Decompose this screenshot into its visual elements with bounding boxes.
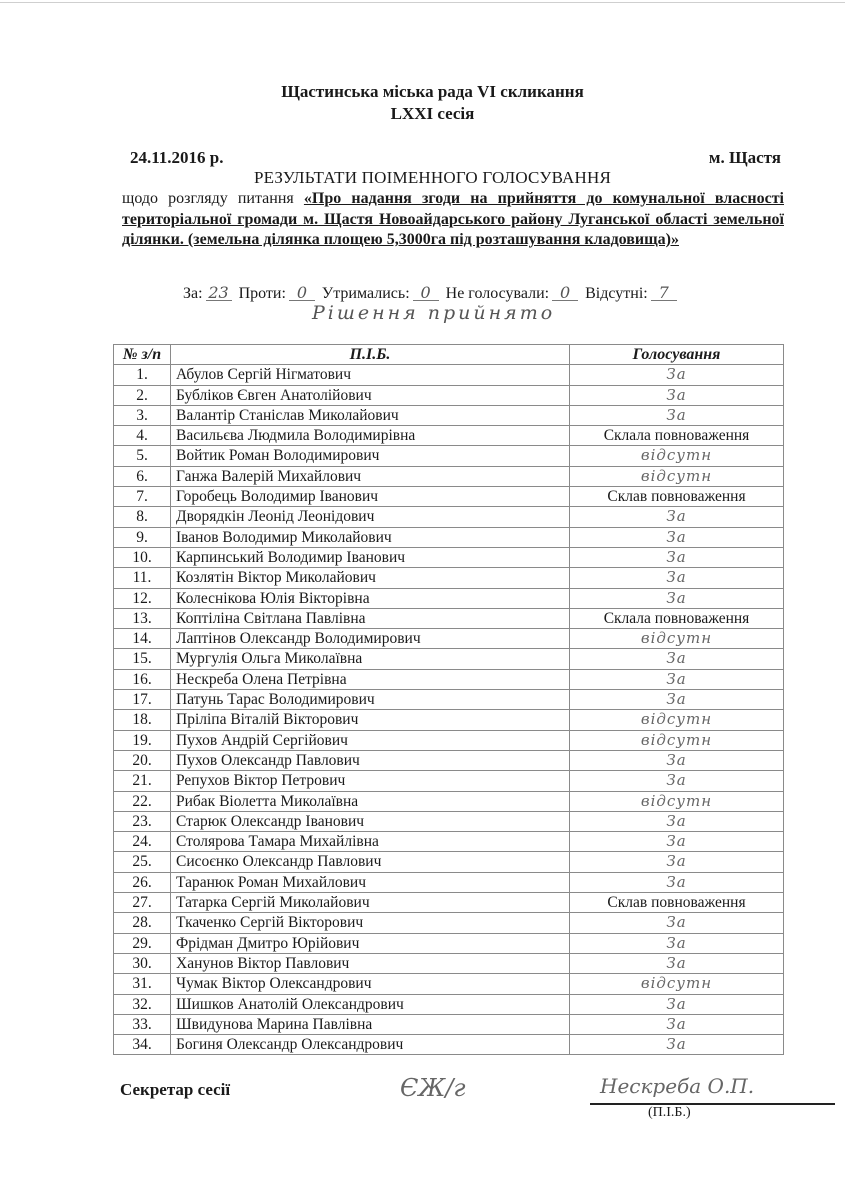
against-label: Проти: (239, 285, 286, 302)
vote-result: За (570, 933, 784, 953)
table-row: 6.Ганжа Валерій Михайловичвідсутн (114, 466, 784, 486)
row-number: 15. (114, 649, 171, 669)
table-row: 9.Іванов Володимир МиколайовичЗа (114, 527, 784, 547)
vote-result: За (570, 852, 784, 872)
vote-result: За (570, 690, 784, 710)
table-row: 13.Коптіліна Світлана ПавлівнаСклала пов… (114, 608, 784, 628)
abstained-count: 0 (413, 285, 439, 301)
vote-result: Склала повноваження (570, 608, 784, 628)
abstained-label: Утримались: (322, 285, 410, 302)
table-row: 4.Васильєва Людмила ВолодимирівнаСклала … (114, 426, 784, 446)
roll-call-table: № з/п П.І.Б. Голосування 1.Абулов Сергій… (113, 344, 784, 1055)
vote-result: За (570, 547, 784, 567)
row-number: 4. (114, 426, 171, 446)
row-number: 5. (114, 446, 171, 466)
table-row: 15.Мургулія Ольга МиколаївнаЗа (114, 649, 784, 669)
deputy-name: Колеснікова Юлія Вікторівна (171, 588, 570, 608)
vote-result: За (570, 568, 784, 588)
deputy-name: Козлятін Віктор Миколайович (171, 568, 570, 588)
deputy-name: Васильєва Людмила Володимирівна (171, 426, 570, 446)
document-date: 24.11.2016 р. (130, 148, 224, 168)
deputy-name: Ганжа Валерій Михайлович (171, 466, 570, 486)
table-row: 32.Шишков Анатолій ОлександровичЗа (114, 994, 784, 1014)
table-row: 16.Нескреба Олена ПетрівнаЗа (114, 669, 784, 689)
deputy-name: Ткаченко Сергій Вікторович (171, 913, 570, 933)
row-number: 6. (114, 466, 171, 486)
deputy-name: Патунь Тарас Володимирович (171, 690, 570, 710)
vote-result: За (570, 872, 784, 892)
table-row: 8.Дворядкін Леонід ЛеонідовичЗа (114, 507, 784, 527)
vote-result: За (570, 811, 784, 831)
deputy-name: Нескреба Олена Петрівна (171, 669, 570, 689)
row-number: 30. (114, 953, 171, 973)
vote-result: За (570, 405, 784, 425)
deputy-name: Мургулія Ольга Миколаївна (171, 649, 570, 669)
vote-result: За (570, 994, 784, 1014)
vote-result: відсутн (570, 974, 784, 994)
header-vote: Голосування (570, 345, 784, 365)
deputy-name: Шишков Анатолій Олександрович (171, 994, 570, 1014)
table-header-row: № з/п П.І.Б. Голосування (114, 345, 784, 365)
table-row: 20.Пухов Олександр ПавловичЗа (114, 750, 784, 770)
deputy-name: Чумак Віктор Олександрович (171, 974, 570, 994)
table-row: 18.Пріліпа Віталій Вікторовичвідсутн (114, 710, 784, 730)
deputy-name: Дворядкін Леонід Леонідович (171, 507, 570, 527)
deputy-name: Пріліпа Віталій Вікторович (171, 710, 570, 730)
table-row: 33.Швидунова Марина ПавлівнаЗа (114, 1014, 784, 1034)
vote-result: За (570, 588, 784, 608)
deputy-name: Валантір Станіслав Миколайович (171, 405, 570, 425)
row-number: 32. (114, 994, 171, 1014)
deputy-name: Войтик Роман Володимирович (171, 446, 570, 466)
vote-result: За (570, 832, 784, 852)
row-number: 28. (114, 913, 171, 933)
deputy-name: Горобець Володимир Іванович (171, 487, 570, 507)
row-number: 34. (114, 1035, 171, 1055)
session-title: LXXI сесія (0, 104, 865, 124)
table-row: 12.Колеснікова Юлія ВікторівнаЗа (114, 588, 784, 608)
row-number: 23. (114, 811, 171, 831)
row-number: 20. (114, 750, 171, 770)
council-title: Щастинська міська рада VI скликання (0, 82, 865, 102)
vote-result: За (570, 771, 784, 791)
for-count: 23 (206, 285, 232, 301)
row-number: 14. (114, 629, 171, 649)
row-number: 17. (114, 690, 171, 710)
table-row: 1.Абулов Сергій НігматовичЗа (114, 365, 784, 385)
vote-result: За (570, 913, 784, 933)
row-number: 24. (114, 832, 171, 852)
vote-result: За (570, 649, 784, 669)
deputy-name: Абулов Сергій Нігматович (171, 365, 570, 385)
absent-count: 7 (651, 285, 677, 301)
table-row: 23.Старюк Олександр ІвановичЗа (114, 811, 784, 831)
not-voted-label: Не голосували: (446, 285, 549, 302)
table-row: 22.Рибак Віолетта Миколаївнавідсутн (114, 791, 784, 811)
row-number: 18. (114, 710, 171, 730)
row-number: 33. (114, 1014, 171, 1034)
vote-result: За (570, 1014, 784, 1034)
row-number: 27. (114, 893, 171, 913)
vote-result: За (570, 385, 784, 405)
vote-result: Склала повноваження (570, 426, 784, 446)
secretary-name-handwritten: Нескреба О.П. (600, 1074, 850, 1098)
against-count: 0 (289, 285, 315, 301)
vote-result: відсутн (570, 710, 784, 730)
vote-summary: За:23 Проти:0 Утримались:0 Не голосували… (183, 285, 680, 303)
not-voted-count: 0 (552, 285, 578, 301)
table-row: 34.Богиня Олександр ОлександровичЗа (114, 1035, 784, 1055)
deputy-name: Сисоєнко Олександр Павлович (171, 852, 570, 872)
vote-result: відсутн (570, 466, 784, 486)
for-label: За: (183, 285, 203, 302)
scan-edge-line (0, 2, 845, 3)
row-number: 16. (114, 669, 171, 689)
table-row: 29.Фрідман Дмитро ЮрійовичЗа (114, 933, 784, 953)
header-name: П.І.Б. (171, 345, 570, 365)
vote-result: Склав повноваження (570, 893, 784, 913)
deputy-name: Рибак Віолетта Миколаївна (171, 791, 570, 811)
vote-result: За (570, 365, 784, 385)
table-row: 7.Горобець Володимир ІвановичСклав повно… (114, 487, 784, 507)
deputy-name: Ханунов Віктор Павлович (171, 953, 570, 973)
row-number: 11. (114, 568, 171, 588)
vote-result: За (570, 953, 784, 973)
deputy-name: Старюк Олександр Іванович (171, 811, 570, 831)
name-caption: (П.І.Б.) (648, 1105, 691, 1121)
row-number: 21. (114, 771, 171, 791)
table-row: 19.Пухов Андрій Сергійовичвідсутн (114, 730, 784, 750)
deputy-name: Столярова Тамара Михайлівна (171, 832, 570, 852)
vote-result: За (570, 1035, 784, 1055)
deputy-name: Богиня Олександр Олександрович (171, 1035, 570, 1055)
signature: ЄЖ/г (400, 1074, 466, 1102)
row-number: 12. (114, 588, 171, 608)
table-row: 27.Татарка Сергій МиколайовичСклав повно… (114, 893, 784, 913)
signature-line (590, 1103, 835, 1105)
deputy-name: Фрідман Дмитро Юрійович (171, 933, 570, 953)
row-number: 13. (114, 608, 171, 628)
row-number: 29. (114, 933, 171, 953)
table-row: 25.Сисоєнко Олександр ПавловичЗа (114, 852, 784, 872)
row-number: 19. (114, 730, 171, 750)
table-row: 24.Столярова Тамара МихайлівнаЗа (114, 832, 784, 852)
deputy-name: Пухов Олександр Павлович (171, 750, 570, 770)
vote-result: За (570, 507, 784, 527)
vote-result: відсутн (570, 791, 784, 811)
table-row: 10.Карпинський Володимир ІвановичЗа (114, 547, 784, 567)
vote-result: відсутн (570, 629, 784, 649)
row-number: 1. (114, 365, 171, 385)
row-number: 10. (114, 547, 171, 567)
deputy-name: Швидунова Марина Павлівна (171, 1014, 570, 1034)
vote-result: За (570, 527, 784, 547)
header-number: № з/п (114, 345, 171, 365)
table-row: 2.Бубліков Євген АнатолійовичЗа (114, 385, 784, 405)
row-number: 7. (114, 487, 171, 507)
table-row: 26.Таранюк Роман МихайловичЗа (114, 872, 784, 892)
results-title: РЕЗУЛЬТАТИ ПОІМЕННОГО ГОЛОСУВАННЯ (0, 168, 865, 188)
deputy-name: Таранюк Роман Михайлович (171, 872, 570, 892)
table-body: 1.Абулов Сергій НігматовичЗа2.Бубліков Є… (114, 365, 784, 1055)
deputy-name: Іванов Володимир Миколайович (171, 527, 570, 547)
deputy-name: Лаптінов Олександр Володимирович (171, 629, 570, 649)
table-row: 30.Ханунов Віктор ПавловичЗа (114, 953, 784, 973)
table-row: 28.Ткаченко Сергій ВікторовичЗа (114, 913, 784, 933)
deputy-name: Карпинський Володимир Іванович (171, 547, 570, 567)
deputy-name: Татарка Сергій Миколайович (171, 893, 570, 913)
deputy-name: Репухов Віктор Петрович (171, 771, 570, 791)
row-number: 25. (114, 852, 171, 872)
vote-result: За (570, 669, 784, 689)
subject-lead: щодо розгляду питання (122, 190, 304, 207)
vote-result: За (570, 750, 784, 770)
row-number: 22. (114, 791, 171, 811)
table-row: 31.Чумак Віктор Олександровичвідсутн (114, 974, 784, 994)
table-row: 17.Патунь Тарас ВолодимировичЗа (114, 690, 784, 710)
row-number: 31. (114, 974, 171, 994)
vote-result: відсутн (570, 730, 784, 750)
row-number: 26. (114, 872, 171, 892)
vote-result: відсутн (570, 446, 784, 466)
secretary-label: Секретар сесії (120, 1080, 230, 1100)
row-number: 9. (114, 527, 171, 547)
table-row: 11.Козлятін Віктор МиколайовичЗа (114, 568, 784, 588)
row-number: 8. (114, 507, 171, 527)
table-row: 21.Репухов Віктор ПетровичЗа (114, 771, 784, 791)
vote-result: Склав повноваження (570, 487, 784, 507)
row-number: 3. (114, 405, 171, 425)
document-city: м. Щастя (709, 148, 781, 168)
table-row: 5.Войтик Роман Володимировичвідсутн (114, 446, 784, 466)
deputy-name: Пухов Андрій Сергійович (171, 730, 570, 750)
row-number: 2. (114, 385, 171, 405)
table-row: 14.Лаптінов Олександр Володимировичвідсу… (114, 629, 784, 649)
deputy-name: Бубліков Євген Анатолійович (171, 385, 570, 405)
subject-paragraph: щодо розгляду питання «Про надання згоди… (122, 189, 784, 251)
table-row: 3.Валантір Станіслав МиколайовичЗа (114, 405, 784, 425)
decision-handwritten: Рішення прийнято (312, 302, 555, 324)
deputy-name: Коптіліна Світлана Павлівна (171, 608, 570, 628)
absent-label: Відсутні: (585, 285, 648, 302)
